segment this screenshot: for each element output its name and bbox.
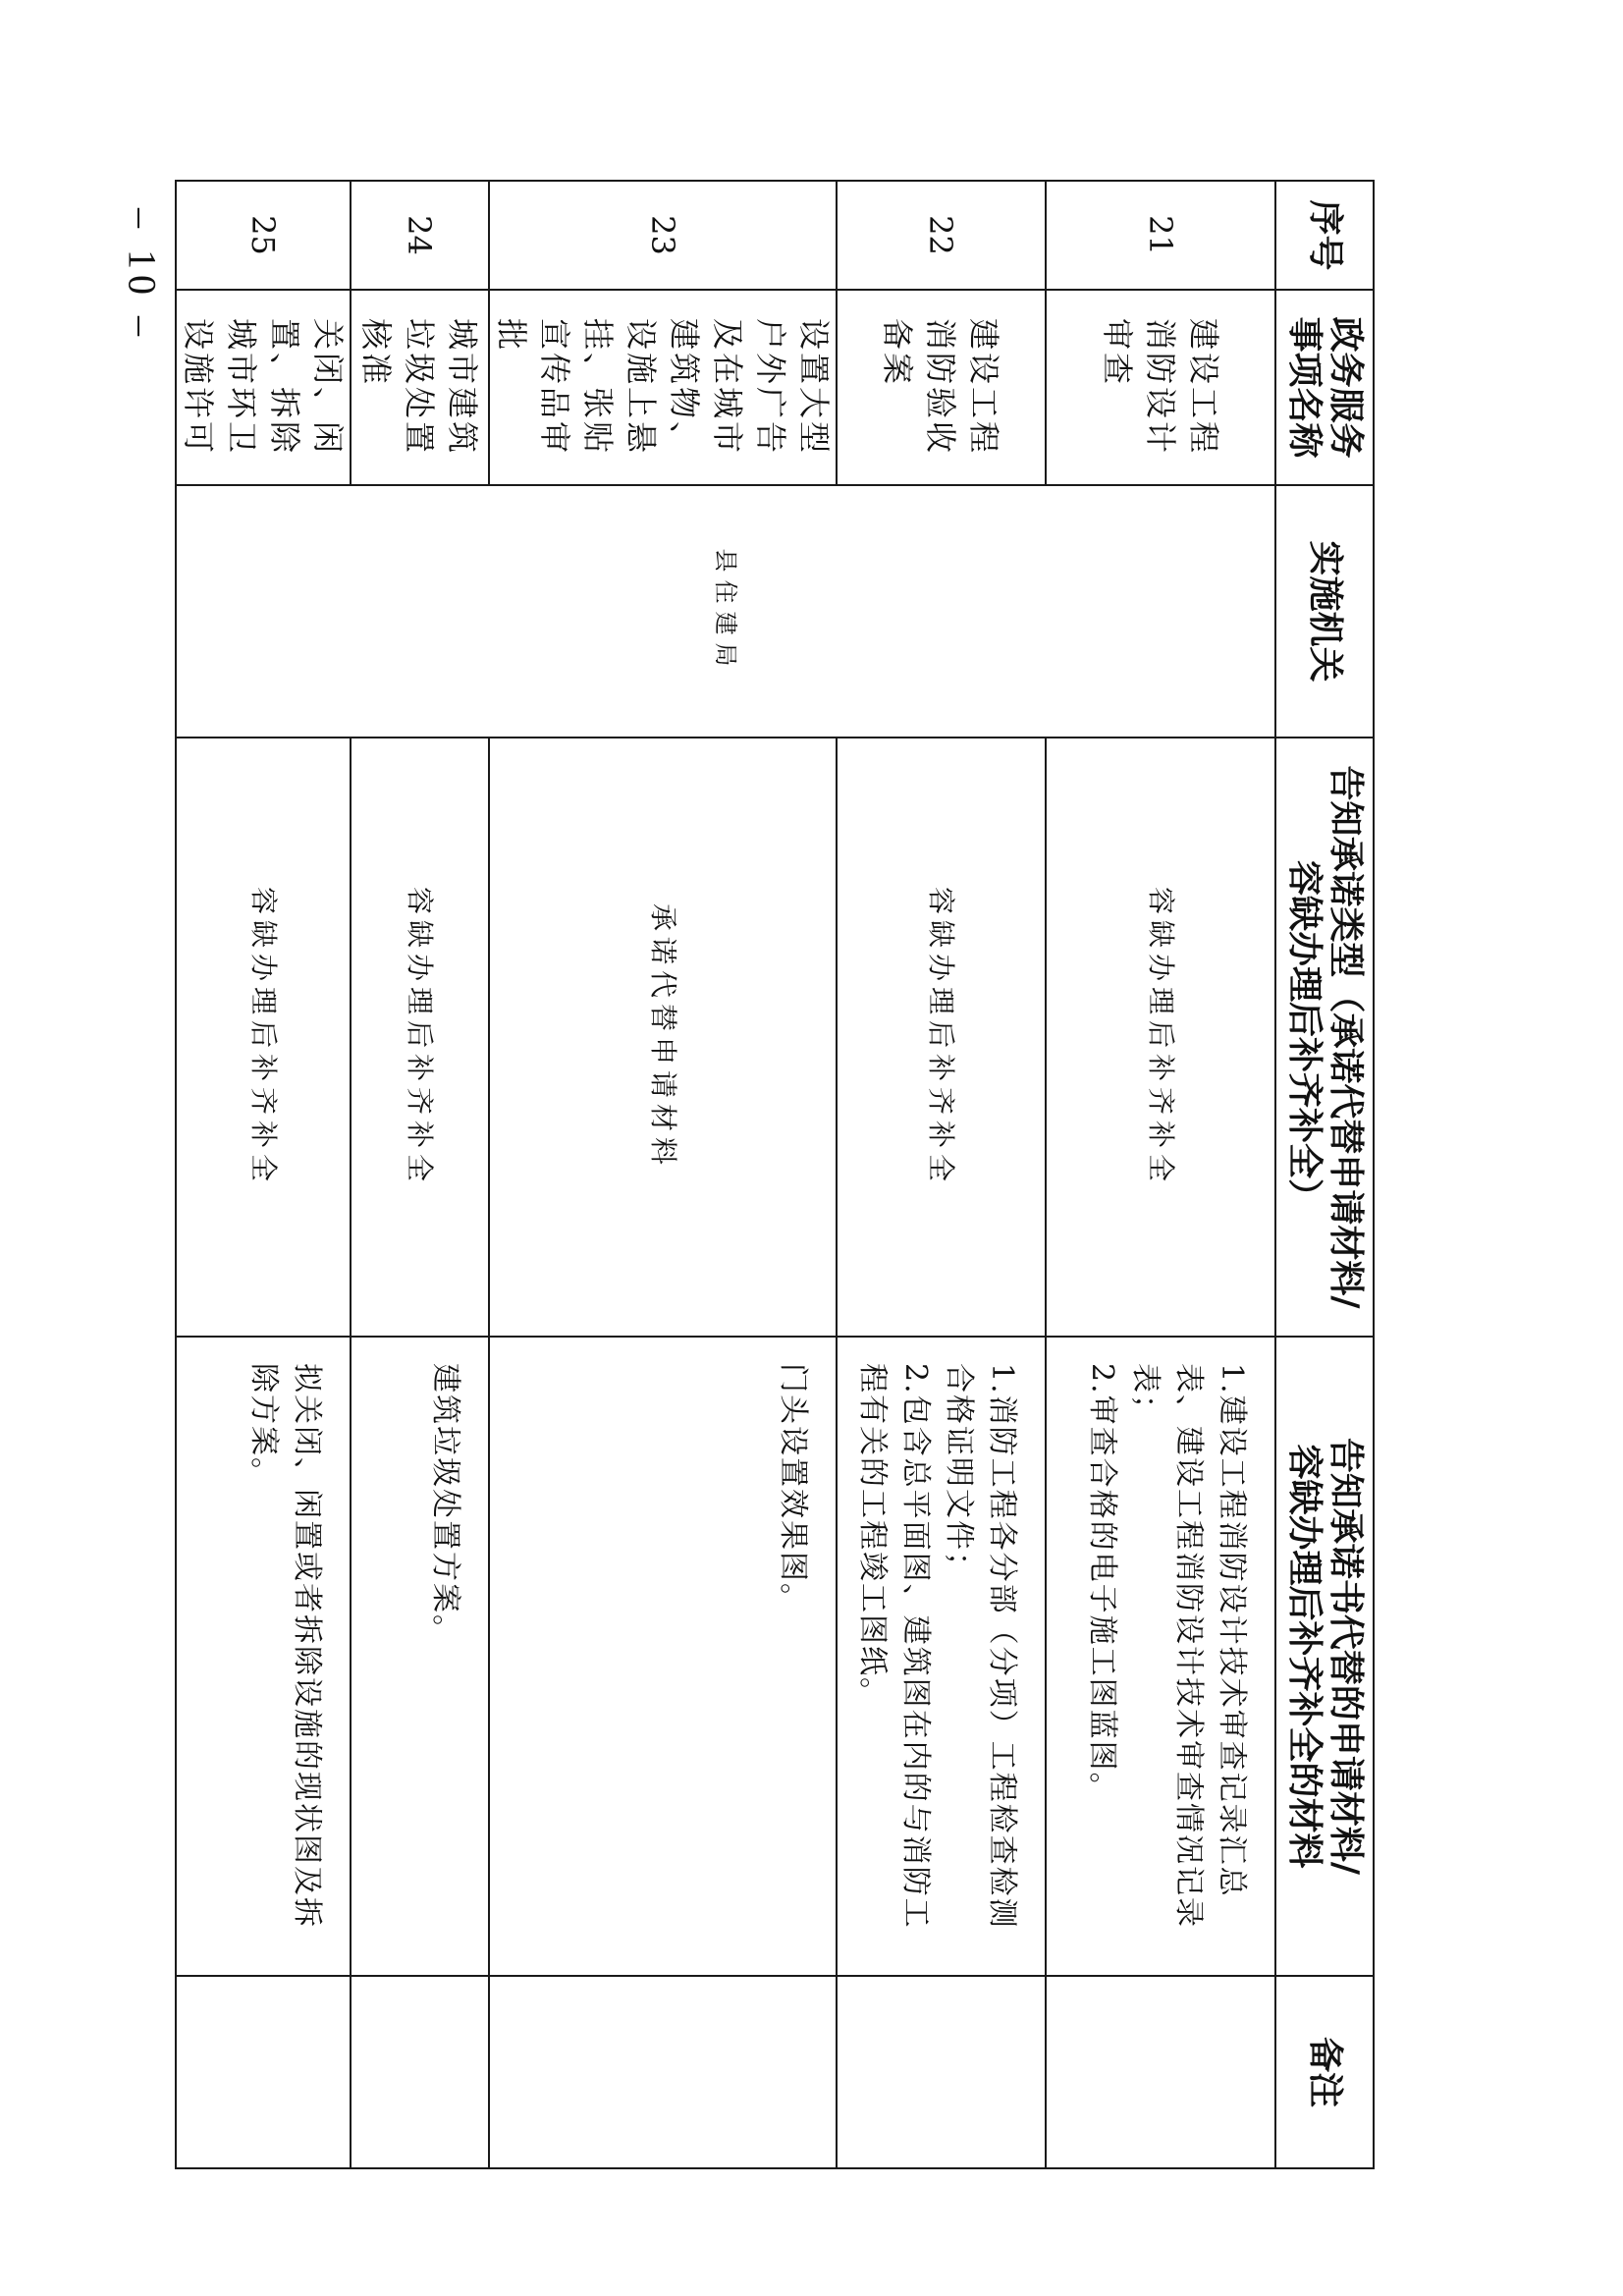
row-remarks xyxy=(837,1976,1046,2168)
material-item: 门头设置效果图。 xyxy=(771,1363,814,1949)
row-commitment-type: 容缺办理后补齐补全 xyxy=(1046,738,1275,1337)
material-item: 2.包含总平面图、建筑图在内的与消防工程有关的工程竣工图纸。 xyxy=(850,1363,937,1949)
row-seq: 21 xyxy=(1046,181,1275,290)
header-seq: 序号 xyxy=(1275,181,1374,290)
commitment-items-table: 序号 政务服务 事项名称 实施机关 告知承诺类型（承诺代替申请材料/ 容缺办理后… xyxy=(175,180,1375,2169)
row-materials: 1.消防工程各分部（分项）工程检查检测合格证明文件； 2.包含总平面图、建筑图在… xyxy=(837,1337,1046,1976)
header-remarks: 备注 xyxy=(1275,1976,1374,2168)
row-seq: 23 xyxy=(489,181,837,290)
table-row: 25 关闭、闲置、拆除城市环卫设施许可 容缺办理后补齐补全 拟关闭、闲置或者拆除… xyxy=(176,181,351,2168)
header-service-name-line2: 事项名称 xyxy=(1283,291,1325,484)
row-service-name: 城市建筑垃圾处置核准 xyxy=(351,290,489,485)
row-remarks xyxy=(351,1976,489,2168)
header-commitment-type-line2: 容缺办理后补齐补全） xyxy=(1283,738,1325,1336)
row-service-name: 设置大型户外广告及在城市建筑物、设施上悬挂、张贴宣传品审批 xyxy=(489,290,837,485)
row-remarks xyxy=(1046,1976,1275,2168)
header-commitment-type: 告知承诺类型（承诺代替申请材料/ 容缺办理后补齐补全） xyxy=(1275,738,1374,1337)
material-item: 1.消防工程各分部（分项）工程检查检测合格证明文件； xyxy=(937,1363,1023,1949)
material-item: 建筑垃圾处置方案。 xyxy=(423,1363,466,1949)
header-row: 序号 政务服务 事项名称 实施机关 告知承诺类型（承诺代替申请材料/ 容缺办理后… xyxy=(1275,181,1374,2168)
header-materials-line2: 容缺办理后补齐补全的材料 xyxy=(1283,1338,1325,1975)
row-seq: 22 xyxy=(837,181,1046,290)
table-row: 21 建设工程消防设计审查 县住建局 容缺办理后补齐补全 1.建设工程消防设计技… xyxy=(1046,181,1275,2168)
row-service-name: 建设工程消防验收备案 xyxy=(837,290,1046,485)
material-item: 2.审查合格的电子施工图蓝图。 xyxy=(1080,1363,1123,1949)
row-materials: 门头设置效果图。 xyxy=(489,1337,837,1976)
page-number: – 10 – xyxy=(120,208,166,342)
table-row: 22 建设工程消防验收备案 容缺办理后补齐补全 1.消防工程各分部（分项）工程检… xyxy=(837,181,1046,2168)
material-item: 1.建设工程消防设计技术审查记录汇总表、建设工程消防设计技术审查情况记录表； xyxy=(1123,1363,1253,1949)
row-remarks xyxy=(489,1976,837,2168)
row-remarks xyxy=(176,1976,351,2168)
row-seq: 24 xyxy=(351,181,489,290)
header-service-name-line1: 政务服务 xyxy=(1325,291,1366,484)
rotated-table-container: 序号 政务服务 事项名称 实施机关 告知承诺类型（承诺代替申请材料/ 容缺办理后… xyxy=(266,180,1375,2167)
material-item: 拟关闭、闲置或者拆除设施的现状图及拆除方案。 xyxy=(242,1363,328,1949)
row-materials: 1.建设工程消防设计技术审查记录汇总表、建设工程消防设计技术审查情况记录表； 2… xyxy=(1046,1337,1275,1976)
row-materials: 建筑垃圾处置方案。 xyxy=(351,1337,489,1976)
header-materials: 告知承诺书代替的申请材料/ 容缺办理后补齐补全的材料 xyxy=(1275,1337,1374,1976)
row-service-name: 关闭、闲置、拆除城市环卫设施许可 xyxy=(176,290,351,485)
header-agency: 实施机关 xyxy=(1275,485,1374,738)
row-service-name: 建设工程消防设计审查 xyxy=(1046,290,1275,485)
row-seq: 25 xyxy=(176,181,351,290)
table-row: 23 设置大型户外广告及在城市建筑物、设施上悬挂、张贴宣传品审批 承诺代替申请材… xyxy=(489,181,837,2168)
header-materials-line1: 告知承诺书代替的申请材料/ xyxy=(1325,1338,1366,1975)
row-commitment-type: 容缺办理后补齐补全 xyxy=(176,738,351,1337)
row-commitment-type: 容缺办理后补齐补全 xyxy=(837,738,1046,1337)
table-row: 24 城市建筑垃圾处置核准 容缺办理后补齐补全 建筑垃圾处置方案。 xyxy=(351,181,489,2168)
row-commitment-type: 容缺办理后补齐补全 xyxy=(351,738,489,1337)
header-commitment-type-line1: 告知承诺类型（承诺代替申请材料/ xyxy=(1325,738,1366,1336)
agency-merged-cell: 县住建局 xyxy=(176,485,1275,738)
header-service-name: 政务服务 事项名称 xyxy=(1275,290,1374,485)
row-materials: 拟关闭、闲置或者拆除设施的现状图及拆除方案。 xyxy=(176,1337,351,1976)
row-commitment-type: 承诺代替申请材料 xyxy=(489,738,837,1337)
